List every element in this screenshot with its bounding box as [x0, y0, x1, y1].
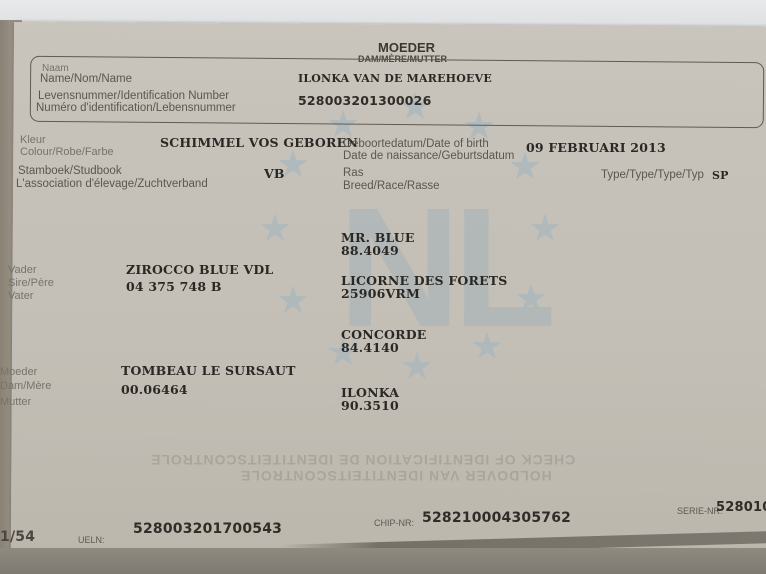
grandsire-paternal-number: 88.4049 — [341, 244, 399, 258]
name-label-translations: Name/Nom/Name — [40, 73, 132, 86]
dam-label: Moeder — [0, 366, 37, 379]
sire-number: 04 375 748 B — [126, 280, 222, 294]
star-icon: ★ — [276, 282, 310, 320]
page-reference: 1/54 — [0, 530, 35, 544]
star-icon: ★ — [470, 328, 504, 366]
granddam-paternal-number: 25906VRM — [341, 287, 420, 301]
chip-label: CHIP-NR: — [374, 518, 414, 528]
type-value: SP — [712, 169, 729, 183]
dam-number: 00.06464 — [121, 383, 188, 397]
colour-label-translations: Colour/Robe/Farbe — [20, 146, 114, 159]
sire-label: Vader — [8, 264, 37, 277]
star-icon: ★ — [258, 210, 292, 248]
studbook-label: Stamboek/Studbook — [18, 165, 122, 178]
id-number-value: 528003201300026 — [298, 94, 431, 108]
dam-label-en-fr: Dam/Mère — [0, 380, 51, 393]
dam-label-de: Mutter — [0, 396, 31, 409]
ueln-value: 528003201700543 — [133, 522, 282, 536]
dam-name: TOMBEAU LE SURSAUT — [121, 364, 296, 378]
colour-value: SCHIMMEL VOS GEBOREN — [160, 136, 358, 150]
breed-label-translations: Breed/Race/Rasse — [343, 180, 440, 193]
sire-name: ZIROCCO BLUE VDL — [126, 263, 273, 277]
grandsire-maternal-number: 84.4140 — [341, 341, 399, 355]
ueln-label: UELN: — [78, 535, 105, 545]
id-number-label-translations: Numéro d'identification/Lebensnummer — [36, 102, 236, 115]
type-label: Type/Type/Type/Typ — [601, 169, 704, 182]
show-through-text: CHECK OF IDENTIFICATION DE IDENTITEITSCO… — [150, 452, 575, 468]
name-value: ILONKA VAN DE MAREHOEVE — [298, 72, 492, 86]
granddam-maternal-number: 90.3510 — [341, 399, 399, 413]
star-icon: ★ — [514, 280, 548, 318]
star-icon: ★ — [400, 348, 434, 386]
dob-label-translations: Date de naissance/Geburtsdatum — [343, 150, 514, 163]
serie-value: 528010 — [716, 501, 766, 515]
section-title: MOEDER — [378, 40, 435, 55]
dob-value: 09 FEBRUARI 2013 — [526, 141, 666, 155]
star-icon: ★ — [528, 210, 562, 248]
show-through-text: HOLDOVER VAN IDENTITEITSCONTROLE — [240, 468, 552, 484]
breed-label: Ras — [343, 167, 363, 180]
studbook-value: VB — [264, 167, 285, 181]
background-bottom — [0, 548, 766, 574]
sire-label-de: Vater — [8, 290, 33, 303]
chip-value: 528210004305762 — [422, 511, 571, 525]
studbook-label-translations: L'association d'élevage/Zuchtverband — [16, 178, 208, 191]
sire-label-en-fr: Sire/Père — [8, 277, 54, 290]
